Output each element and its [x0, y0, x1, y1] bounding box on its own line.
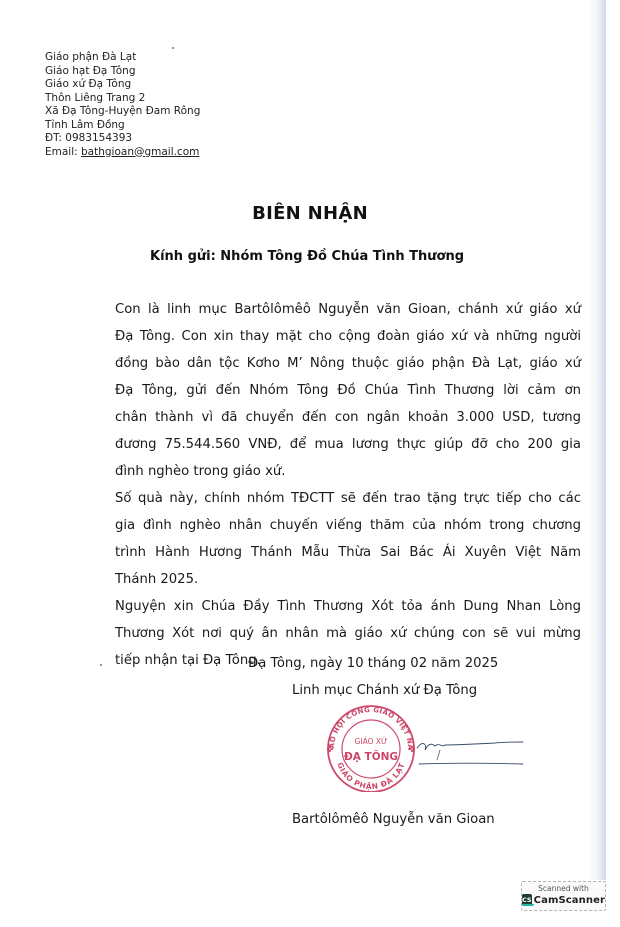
email-link[interactable]: bathgioan@gmail.com	[81, 146, 199, 158]
watermark-brand-row: CS CamScanner	[522, 894, 605, 906]
letter-body: Con là linh mục Bartôlômêô Nguyễn văn Gi…	[115, 296, 581, 674]
scan-speck	[100, 664, 102, 666]
stamp-inner-line2: ĐẠ TÔNG	[344, 750, 398, 763]
camscanner-watermark: Scanned with CS CamScanner	[521, 881, 606, 911]
body-line: Thánh 2025.	[115, 566, 581, 593]
watermark-brand: CamScanner	[534, 895, 605, 906]
body-line: đồng bào dân tộc Kơho M’ Nông thuộc giáo…	[115, 350, 581, 377]
paragraph-thanks: Con là linh mục Bartôlômêô Nguyễn văn Gi…	[115, 296, 581, 485]
parish-seal-stamp: GIÁO HỘI CÔNG GIÁO VIỆT NAM GIÁO PHẬN ĐÀ…	[316, 702, 426, 792]
scanned-document-page: Giáo phận Đà Lạt Giáo hạt Đạ Tông Giáo x…	[0, 0, 620, 927]
body-line: đình nghèo trong giáo xứ.	[115, 458, 581, 485]
body-line: Con là linh mục Bartôlômêô Nguyễn văn Gi…	[115, 296, 581, 323]
sender-address-block: Giáo phận Đà Lạt Giáo hạt Đạ Tông Giáo x…	[45, 51, 200, 159]
body-line: Số quà này, chính nhóm TĐCTT sẽ đến trao…	[115, 485, 581, 512]
camscanner-logo-icon: CS	[522, 894, 532, 906]
body-line: Nguyện xin Chúa Đầy Tình Thương Xót tỏa …	[115, 593, 581, 620]
stamp-outer-bottom-text: GIÁO PHẬN ĐÀ LẠT	[335, 761, 406, 791]
sender-line: Giáo xứ Đạ Tông	[45, 78, 200, 92]
body-line: trình Hành Hương Thánh Mẫu Thừa Sai Bác …	[115, 539, 581, 566]
watermark-top-text: Scanned with	[522, 884, 605, 893]
scan-speck	[172, 47, 174, 49]
sender-line: Tỉnh Lâm Đồng	[45, 119, 200, 133]
stamp-inner-line1: GIÁO XỨ	[355, 737, 388, 746]
body-line: gia đình nghèo nhân chuyến viếng thăm củ…	[115, 512, 581, 539]
signer-name: Bartôlômêô Nguyễn văn Gioan	[292, 812, 495, 827]
handwritten-signature	[415, 730, 525, 770]
body-line: chân thành vì đã chuyển đến con ngân kho…	[115, 404, 581, 431]
svg-text:GIÁO PHẬN ĐÀ LẠT: GIÁO PHẬN ĐÀ LẠT	[335, 761, 406, 791]
body-line: Đạ Tông, gửi đến Nhóm Tông Đồ Chúa Tình …	[115, 377, 581, 404]
recipient-salutation: Kính gửi: Nhóm Tông Đồ Chúa Tình Thương	[150, 249, 464, 264]
scan-edge-shadow	[588, 0, 606, 880]
sender-email-line: Email: bathgioan@gmail.com	[45, 146, 200, 160]
paragraph-distribution: Số quà này, chính nhóm TĐCTT sẽ đến trao…	[115, 485, 581, 593]
email-label: Email:	[45, 146, 81, 158]
sender-phone: ĐT: 0983154393	[45, 132, 200, 146]
stamp-star-left-icon: ✤	[327, 745, 334, 754]
sender-line: Xã Đạ Tông-Huyện Đam Rông	[45, 105, 200, 119]
sender-line: Thôn Liêng Trang 2	[45, 92, 200, 106]
sender-line: Giáo hạt Đạ Tông	[45, 65, 200, 79]
body-line: Thương Xót nơi quý ân nhân mà giáo xứ ch…	[115, 620, 581, 647]
sender-line: Giáo phận Đà Lạt	[45, 51, 200, 65]
body-line: đương 75.544.560 VNĐ, để mua lương thực …	[115, 431, 581, 458]
document-title: BIÊN NHẬN	[0, 203, 620, 224]
place-and-date: Đạ Tông, ngày 10 tháng 02 năm 2025	[248, 656, 498, 671]
body-line: Đạ Tông. Con xin thay mặt cho cộng đoàn …	[115, 323, 581, 350]
signer-title: Linh mục Chánh xứ Đạ Tông	[292, 683, 477, 698]
